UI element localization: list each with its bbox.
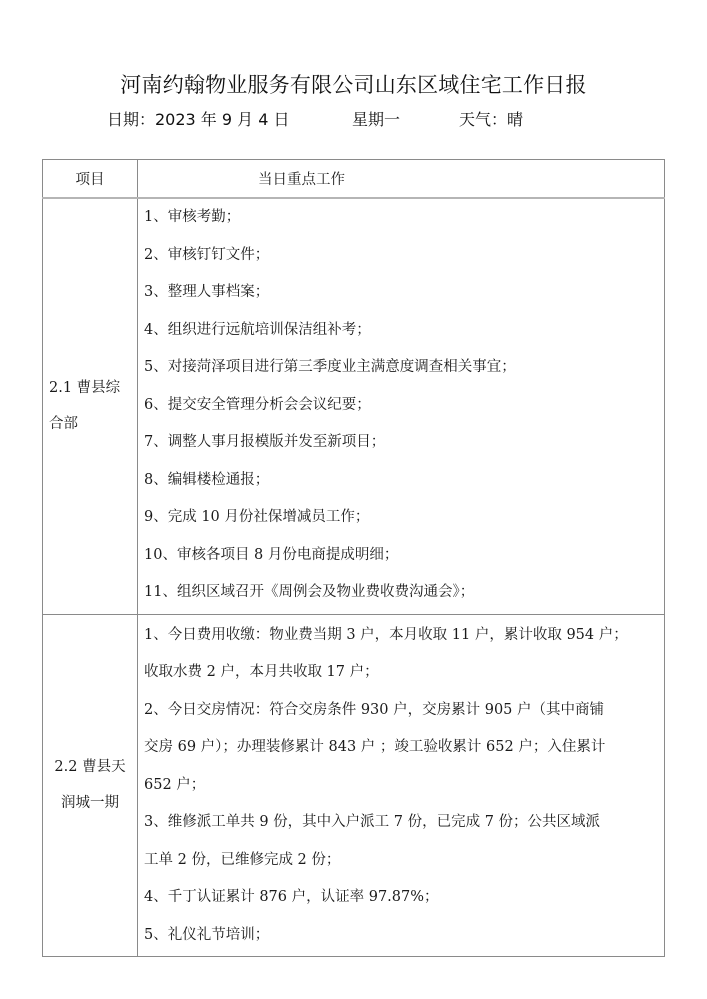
- work-item: 9、完成 10 月份社保增减员工作；: [144, 499, 664, 537]
- work-item-line: 2、今日交房情况：符合交房条件 930 户，交房累计 905 户（其中商铺: [144, 692, 664, 730]
- section-label-tianruncheng: 2.2 曹县天 润城一期: [43, 614, 138, 957]
- report-date: 日期：2023 年 9 月 4 日: [107, 108, 290, 132]
- report-weather: 天气：晴: [459, 108, 523, 132]
- work-item-line: 5、礼仪礼节培训；: [144, 917, 664, 955]
- work-item-line: 652 户；: [144, 767, 664, 805]
- work-item: 6、提交安全管理分析会会议纪要；: [144, 387, 664, 425]
- work-item-line: 收取水费 2 户，本月共收取 17 户；: [144, 654, 664, 692]
- work-item-line: 3、维修派工单共 9 份，其中入户派工 7 份，已完成 7 份；公共区域派: [144, 804, 664, 842]
- section-label-line: 2.2 曹县天: [49, 749, 131, 785]
- work-item: 1、审核考勤；: [144, 199, 664, 237]
- work-item: 5、对接菏泽项目进行第三季度业主满意度调查相关事宜；: [144, 349, 664, 387]
- column-header-key-work: 当日重点工作: [138, 160, 665, 199]
- column-header-project: 项目: [43, 160, 138, 199]
- section-label-line: 2.1 曹县综: [49, 370, 131, 406]
- work-item: 10、审核各项目 8 月份电商提成明细；: [144, 537, 664, 575]
- section-label-line: 合部: [49, 406, 131, 442]
- work-item-line: 4、千丁认证累计 876 户，认证率 97.87%；: [144, 879, 664, 917]
- daily-work-table: 项目 当日重点工作 2.1 曹县综 合部 1、审核考勤； 2、审核钉钉文件； 3…: [42, 159, 665, 957]
- work-item: 11、组织区域召开《周例会及物业费收费沟通会》；: [144, 574, 664, 612]
- section-label-line: 润城一期: [49, 785, 131, 821]
- work-item: 7、调整人事月报模版并发至新项目；: [144, 424, 664, 462]
- work-item: 2、审核钉钉文件；: [144, 237, 664, 275]
- table-row-section-tianruncheng: 2.2 曹县天 润城一期 1、今日费用收缴：物业费当期 3 户，本月收取 11 …: [43, 614, 665, 957]
- report-weekday: 星期一: [352, 108, 400, 132]
- work-item-line: 交房 69 户）；办理装修累计 843 户 ；竣工验收累计 652 户；入住累计: [144, 729, 664, 767]
- work-item: 8、编辑楼检通报；: [144, 462, 664, 500]
- work-items-caoxian-general: 1、审核考勤； 2、审核钉钉文件； 3、整理人事档案； 4、组织进行远航培训保洁…: [138, 198, 665, 614]
- work-item-line: 1、今日费用收缴：物业费当期 3 户，本月收取 11 户，累计收取 954 户；: [144, 617, 664, 655]
- work-item-line: 工单 2 份，已维修完成 2 份；: [144, 842, 664, 880]
- work-item: 4、组织进行远航培训保洁组补考；: [144, 312, 664, 350]
- work-item: 3、整理人事档案；: [144, 274, 664, 312]
- section-label-caoxian-general: 2.1 曹县综 合部: [43, 198, 138, 614]
- table-row-section-caoxian-general: 2.1 曹县综 合部 1、审核考勤； 2、审核钉钉文件； 3、整理人事档案； 4…: [43, 198, 665, 614]
- work-items-tianruncheng: 1、今日费用收缴：物业费当期 3 户，本月收取 11 户，累计收取 954 户；…: [138, 614, 665, 957]
- table-header-row: 项目 当日重点工作: [43, 160, 665, 199]
- report-title: 河南约翰物业服务有限公司山东区域住宅工作日报: [0, 70, 707, 100]
